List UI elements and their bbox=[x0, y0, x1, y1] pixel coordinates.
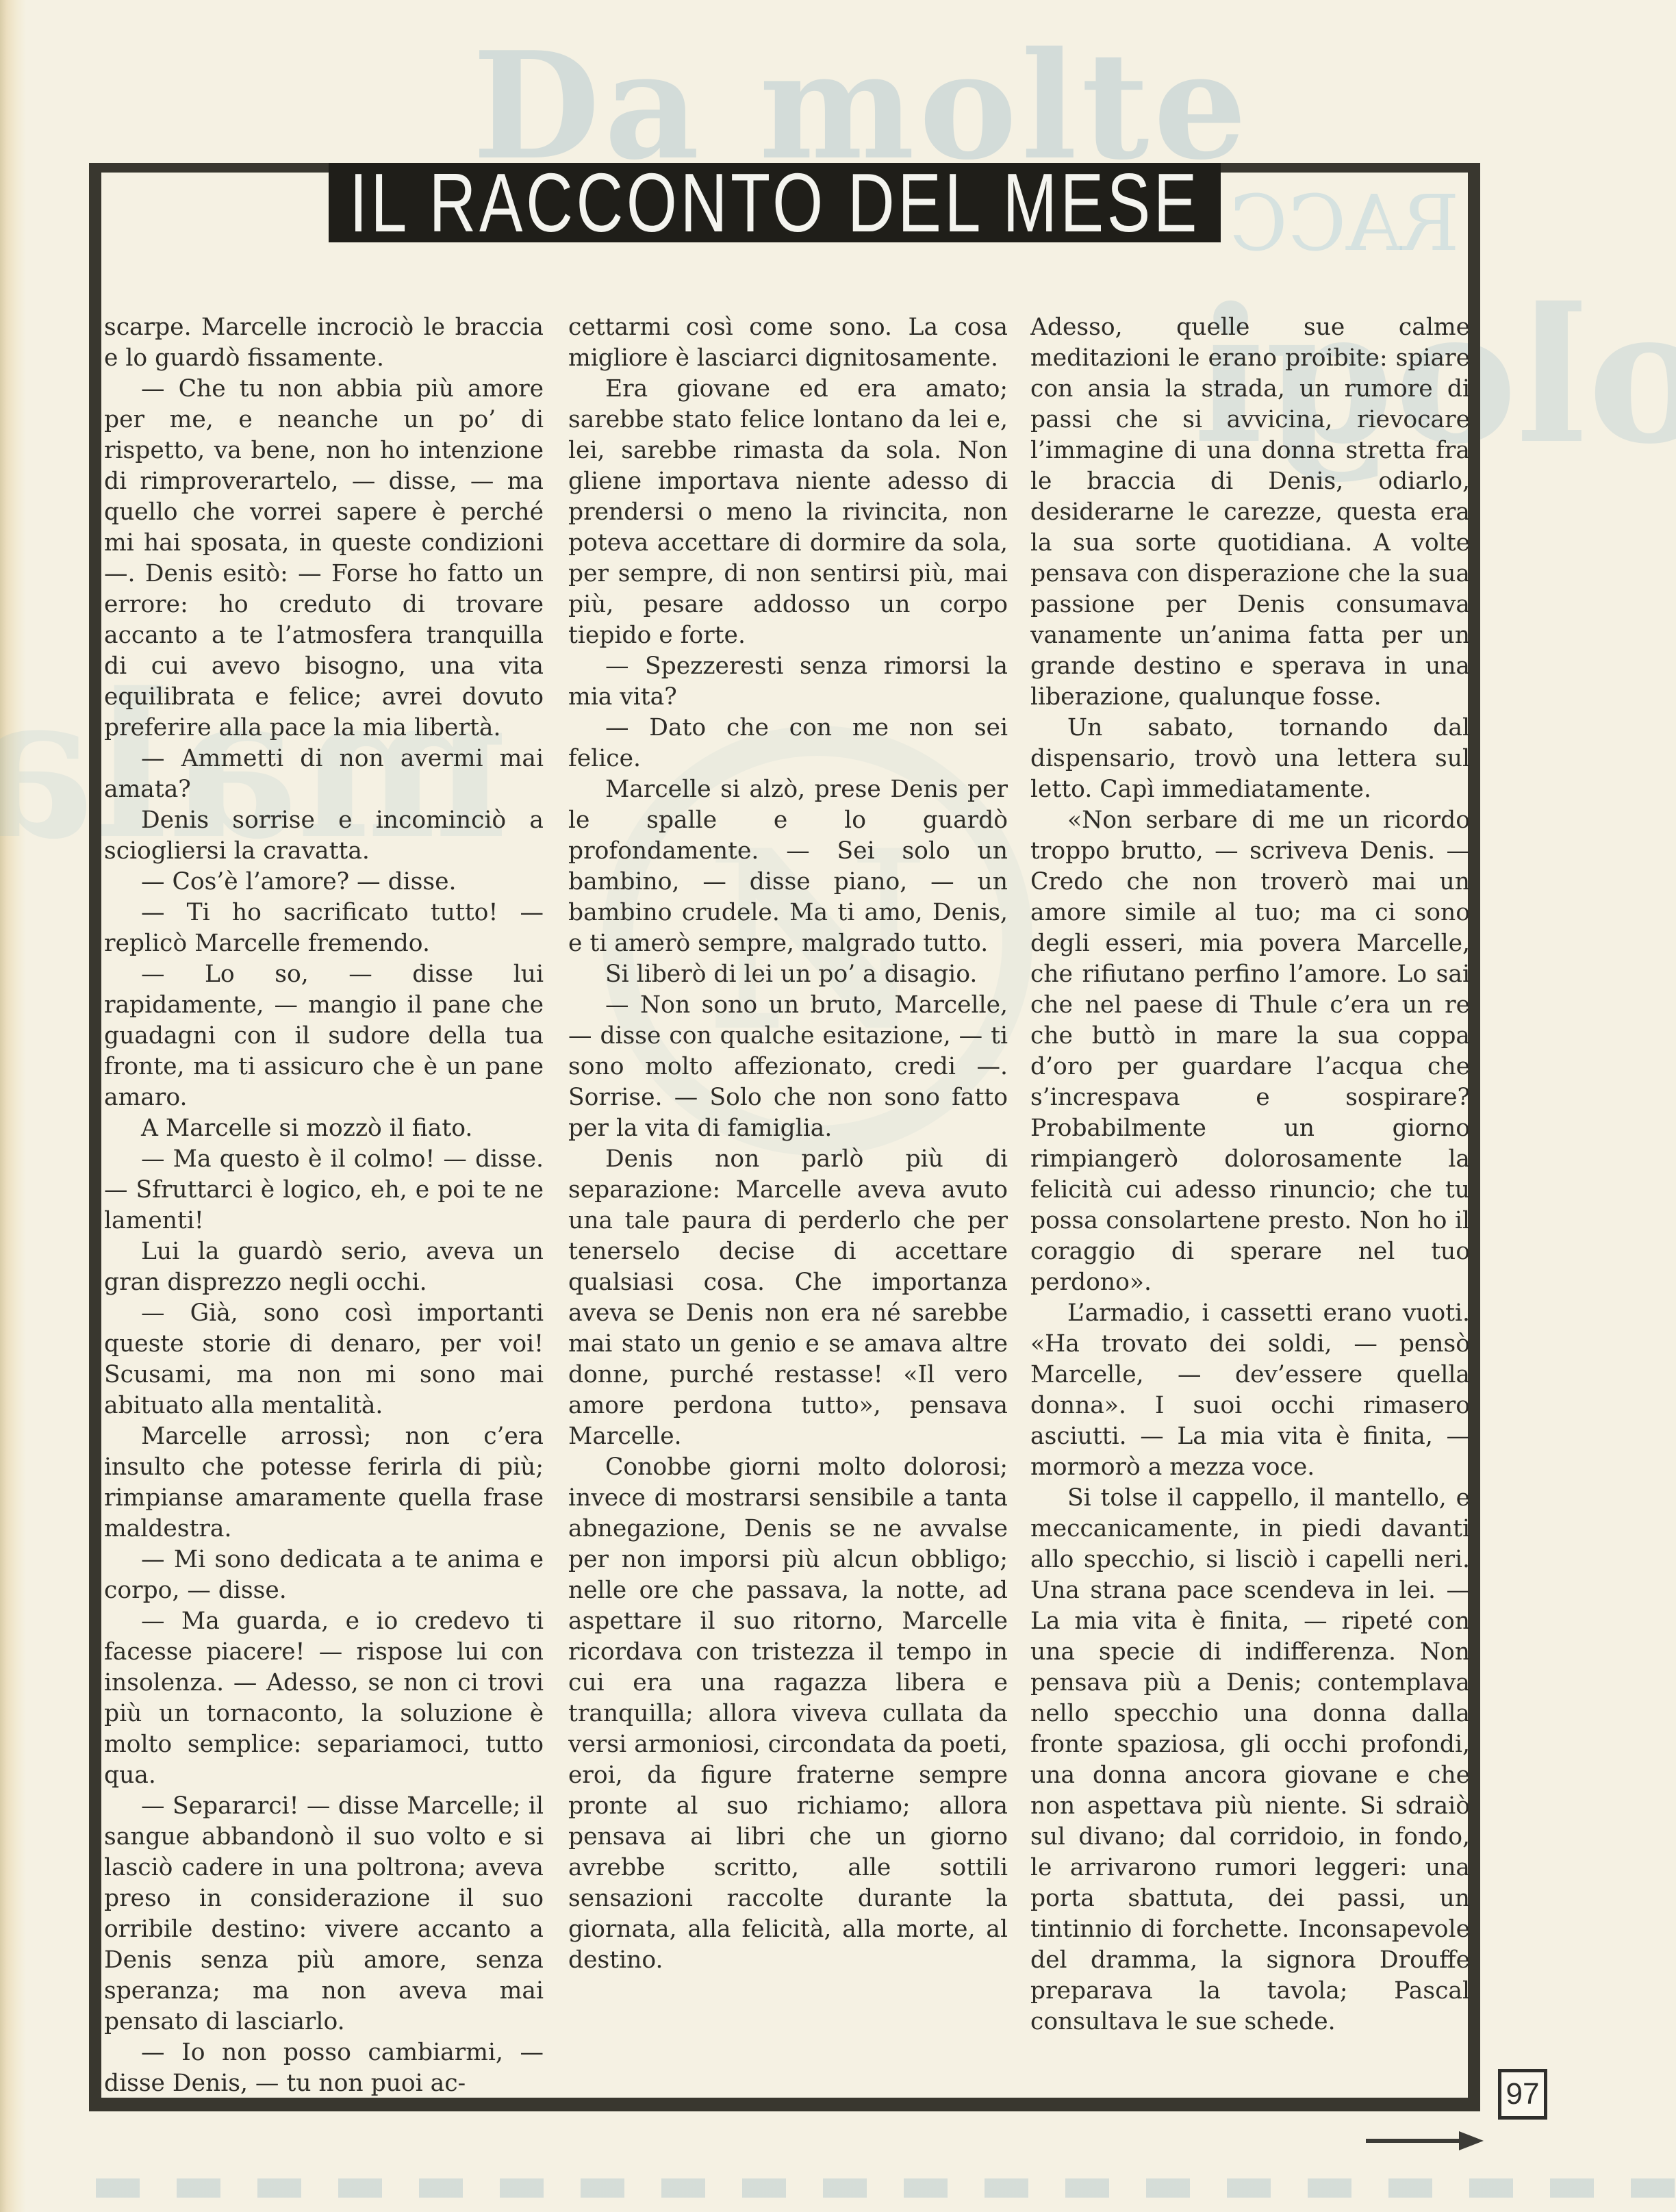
story-paragraph: Marcelle arrossì; non c’era insulto che … bbox=[104, 1421, 544, 1544]
story-paragraph: — Ti ho sacrificato tutto! — replicò Mar… bbox=[104, 898, 544, 959]
text-column-2: cettarmi così come sono. La cosa miglior… bbox=[568, 312, 1008, 2105]
story-paragraph: — Che tu non abbia più amore per me, e n… bbox=[104, 374, 544, 743]
story-paragraph: — Ammetti di non avermi mai amata? bbox=[104, 743, 544, 805]
story-paragraph: scarpe. Marcelle incrociò le braccia e l… bbox=[104, 312, 544, 374]
story-paragraph: — Cos’è l’amore? — disse. bbox=[104, 867, 544, 898]
section-banner: IL RACCONTO DEL MESE bbox=[329, 163, 1221, 242]
page-number: 97 bbox=[1506, 2077, 1540, 2111]
text-column-1: scarpe. Marcelle incrociò le braccia e l… bbox=[104, 312, 544, 2105]
story-paragraph: — Ma guarda, e io credevo ti facesse pia… bbox=[104, 1606, 544, 1791]
story-paragraph: — Mi sono dedicata a te anima e corpo, —… bbox=[104, 1544, 544, 1606]
story-paragraph: cettarmi così come sono. La cosa miglior… bbox=[568, 312, 1008, 374]
story-paragraph: A Marcelle si mozzò il fiato. bbox=[104, 1113, 544, 1144]
story-paragraph: — Non sono un bruto, Marcelle, — disse c… bbox=[568, 990, 1008, 1144]
page-binding-edge bbox=[0, 0, 26, 2212]
story-paragraph: — Lo so, — disse lui rapidamente, — mang… bbox=[104, 959, 544, 1113]
story-paragraph: — Già, sono così importanti queste stori… bbox=[104, 1298, 544, 1421]
section-title: IL RACCONTO DEL MESE bbox=[349, 163, 1200, 242]
story-paragraph: Denis sorrise e incominciò a sciogliersi… bbox=[104, 805, 544, 867]
story-paragraph: — Ma questo è il colmo! — disse. — Sfrut… bbox=[104, 1144, 544, 1236]
page-number-badge: 97 bbox=[1498, 2069, 1547, 2120]
story-paragraph: L’armadio, i cassetti erano vuoti. «Ha t… bbox=[1030, 1298, 1470, 1483]
story-paragraph: Era giovane ed era amato; sarebbe stato … bbox=[568, 374, 1008, 651]
continuation-arrow-icon bbox=[1366, 2126, 1486, 2156]
story-paragraph: Denis non parlò più di separazione: Marc… bbox=[568, 1144, 1008, 1452]
story-paragraph: «Non serbare di me un ricordo troppo bru… bbox=[1030, 805, 1470, 1298]
story-paragraph: Marcelle si alzò, prese Denis per le spa… bbox=[568, 774, 1008, 959]
story-paragraph: Lui la guardò serio, aveva un gran dispr… bbox=[104, 1236, 544, 1298]
story-paragraph: — Dato che con me non sei felice. bbox=[568, 713, 1008, 774]
story-paragraph: — Separarci! — disse Marcelle; il sangue… bbox=[104, 1791, 544, 2037]
story-paragraph: — Spezzeresti senza rimorsi la mia vita? bbox=[568, 651, 1008, 713]
story-paragraph: Conobbe giorni molto dolorosi; invece di… bbox=[568, 1452, 1008, 1976]
story-paragraph: — Io non posso cambiarmi, — disse Denis,… bbox=[104, 2037, 544, 2099]
bleedthrough-dashes bbox=[96, 2178, 1676, 2198]
story-paragraph: Un sabato, tornando dal dispensario, tro… bbox=[1030, 713, 1470, 805]
magazine-page: Da molte mala N ologi IL RACCONTO DEL ME… bbox=[0, 0, 1676, 2212]
story-paragraph: Si tolse il cappello, il mantello, e mec… bbox=[1030, 1483, 1470, 2037]
text-column-3: Adesso, quelle sue calme meditazioni le … bbox=[1030, 312, 1470, 2105]
story-paragraph: Si liberò di lei un po’ a disagio. bbox=[568, 959, 1008, 990]
story-paragraph: Adesso, quelle sue calme meditazioni le … bbox=[1030, 312, 1470, 713]
